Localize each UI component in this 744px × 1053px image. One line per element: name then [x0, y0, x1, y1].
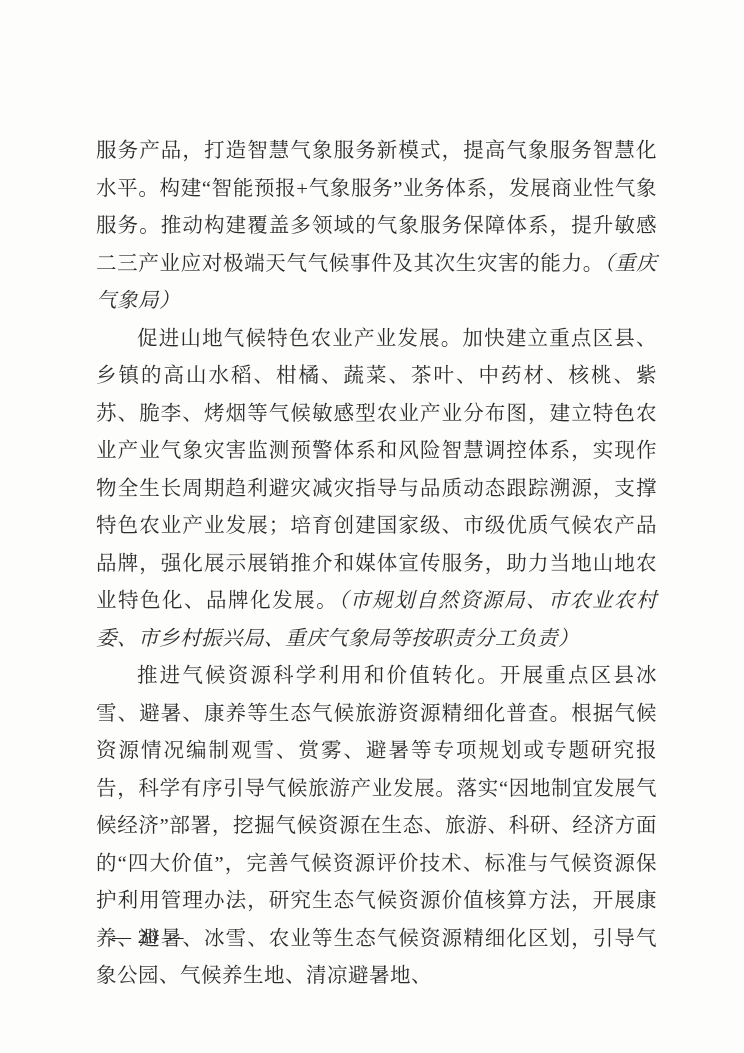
- document-page: 服务产品，打造智慧气象服务新模式，提高气象服务智慧化水平。构建“智能预报+气象服…: [0, 0, 744, 1053]
- paragraph-2: 促进山地气候特色农业产业发展。加快建立重点区县、乡镇的高山水稻、柑橘、蔬菜、茶叶…: [96, 321, 657, 659]
- paragraph-2-body-text: 促进山地气候特色农业产业发展。加快建立重点区县、乡镇的高山水稻、柑橘、蔬菜、茶叶…: [96, 328, 657, 613]
- paragraph-1: 服务产品，打造智慧气象服务新模式，提高气象服务智慧化水平。构建“智能预报+气象服…: [96, 133, 657, 321]
- page-number: — 20 —: [112, 924, 185, 952]
- document-body: 服务产品，打造智慧气象服务新模式，提高气象服务智慧化水平。构建“智能预报+气象服…: [96, 133, 657, 996]
- paragraph-1-body-text: 服务产品，打造智慧气象服务新模式，提高气象服务智慧化水平。构建“智能预报+气象服…: [96, 140, 657, 275]
